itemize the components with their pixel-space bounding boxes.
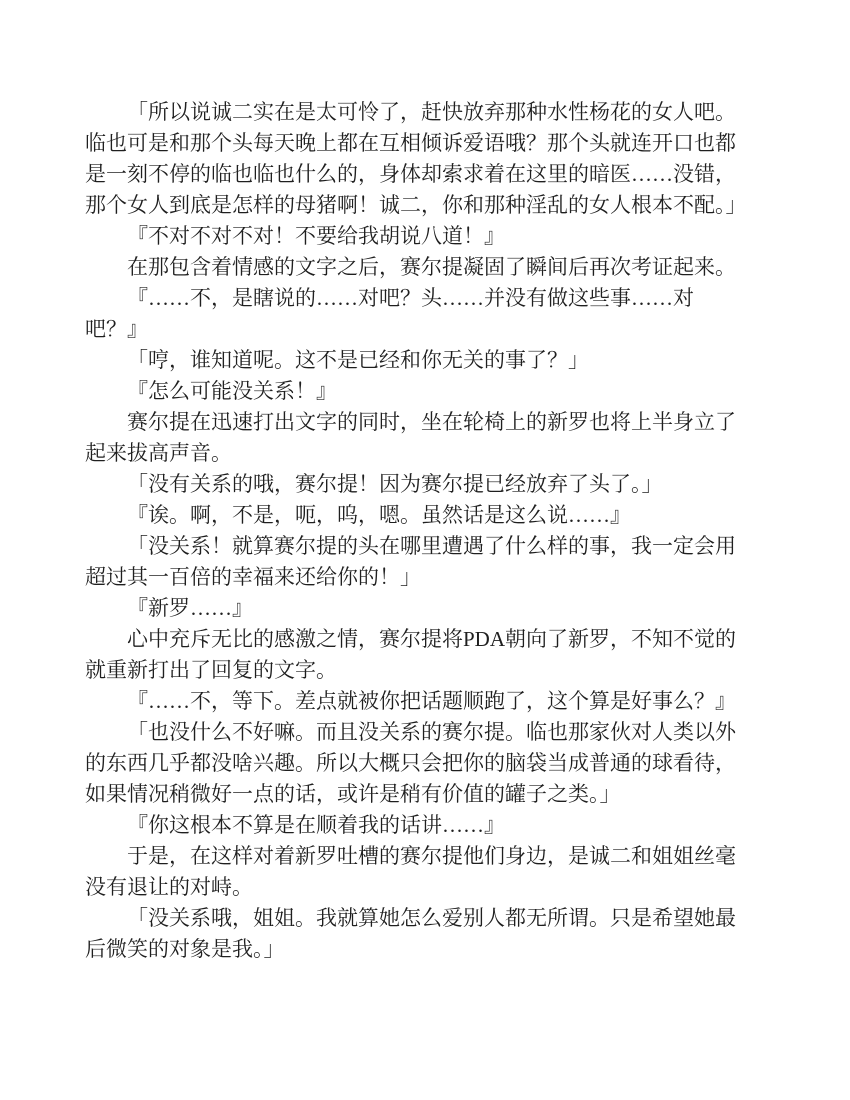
paragraph-dialogue: 『新罗……』 [85,593,740,624]
paragraph-dialogue: 「所以说诚二实在是太可怜了，赶快放弃那种水性杨花的女人吧。临也可是和那个头每天晚… [85,97,740,221]
paragraph-dialogue: 『诶。啊，不是，呃，呜，嗯。虽然话是这么说……』 [85,500,740,531]
paragraph-dialogue: 『怎么可能没关系！』 [85,376,740,407]
paragraph-dialogue: 『……不，等下。差点就被你把话题顺跑了，这个算是好事么？』 [85,686,740,717]
paragraph-dialogue: 『不对不对不对！不要给我胡说八道！』 [85,221,740,252]
paragraph-dialogue: 「也没什么不好嘛。而且没关系的赛尔提。临也那家伙对人类以外的东西几乎都没啥兴趣。… [85,717,740,810]
paragraph-dialogue: 「没有关系的哦，赛尔提！因为赛尔提已经放弃了头了。」 [85,469,740,500]
novel-text-block: 「所以说诚二实在是太可怜了，赶快放弃那种水性杨花的女人吧。临也可是和那个头每天晚… [85,97,740,965]
paragraph-narration: 于是，在这样对着新罗吐槽的赛尔提他们身边，是诚二和姐姐丝毫没有退让的对峙。 [85,841,740,903]
paragraph-dialogue: 『……不，是瞎说的……对吧？头……并没有做这些事……对吧？』 [85,283,740,345]
paragraph-dialogue: 「没关系！就算赛尔提的头在哪里遭遇了什么样的事，我一定会用超过其一百倍的幸福来还… [85,531,740,593]
paragraph-dialogue: 「哼，谁知道呢。这不是已经和你无关的事了？」 [85,345,740,376]
ebook-page: 「所以说诚二实在是太可怜了，赶快放弃那种水性杨花的女人吧。临也可是和那个头每天晚… [0,0,850,1100]
paragraph-narration: 心中充斥无比的感激之情，赛尔提将PDA朝向了新罗，不知不觉的就重新打出了回复的文… [85,624,740,686]
paragraph-dialogue: 『你这根本不算是在顺着我的话讲……』 [85,810,740,841]
paragraph-dialogue: 「没关系哦，姐姐。我就算她怎么爱别人都无所谓。只是希望她最后微笑的对象是我。」 [85,903,740,965]
paragraph-narration: 在那包含着情感的文字之后，赛尔提凝固了瞬间后再次考证起来。 [85,252,740,283]
paragraph-narration: 赛尔提在迅速打出文字的同时，坐在轮椅上的新罗也将上半身立了起来拔高声音。 [85,407,740,469]
